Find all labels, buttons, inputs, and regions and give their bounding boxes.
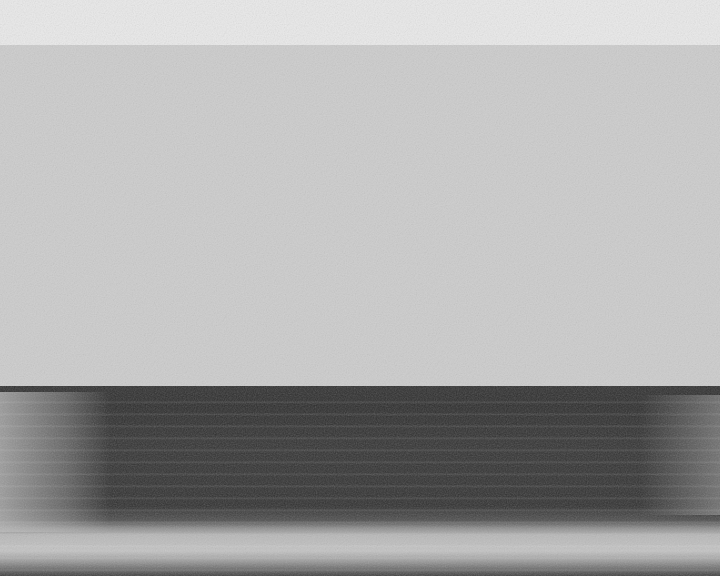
grain-overlay <box>0 0 720 576</box>
texture-image <box>0 0 720 576</box>
